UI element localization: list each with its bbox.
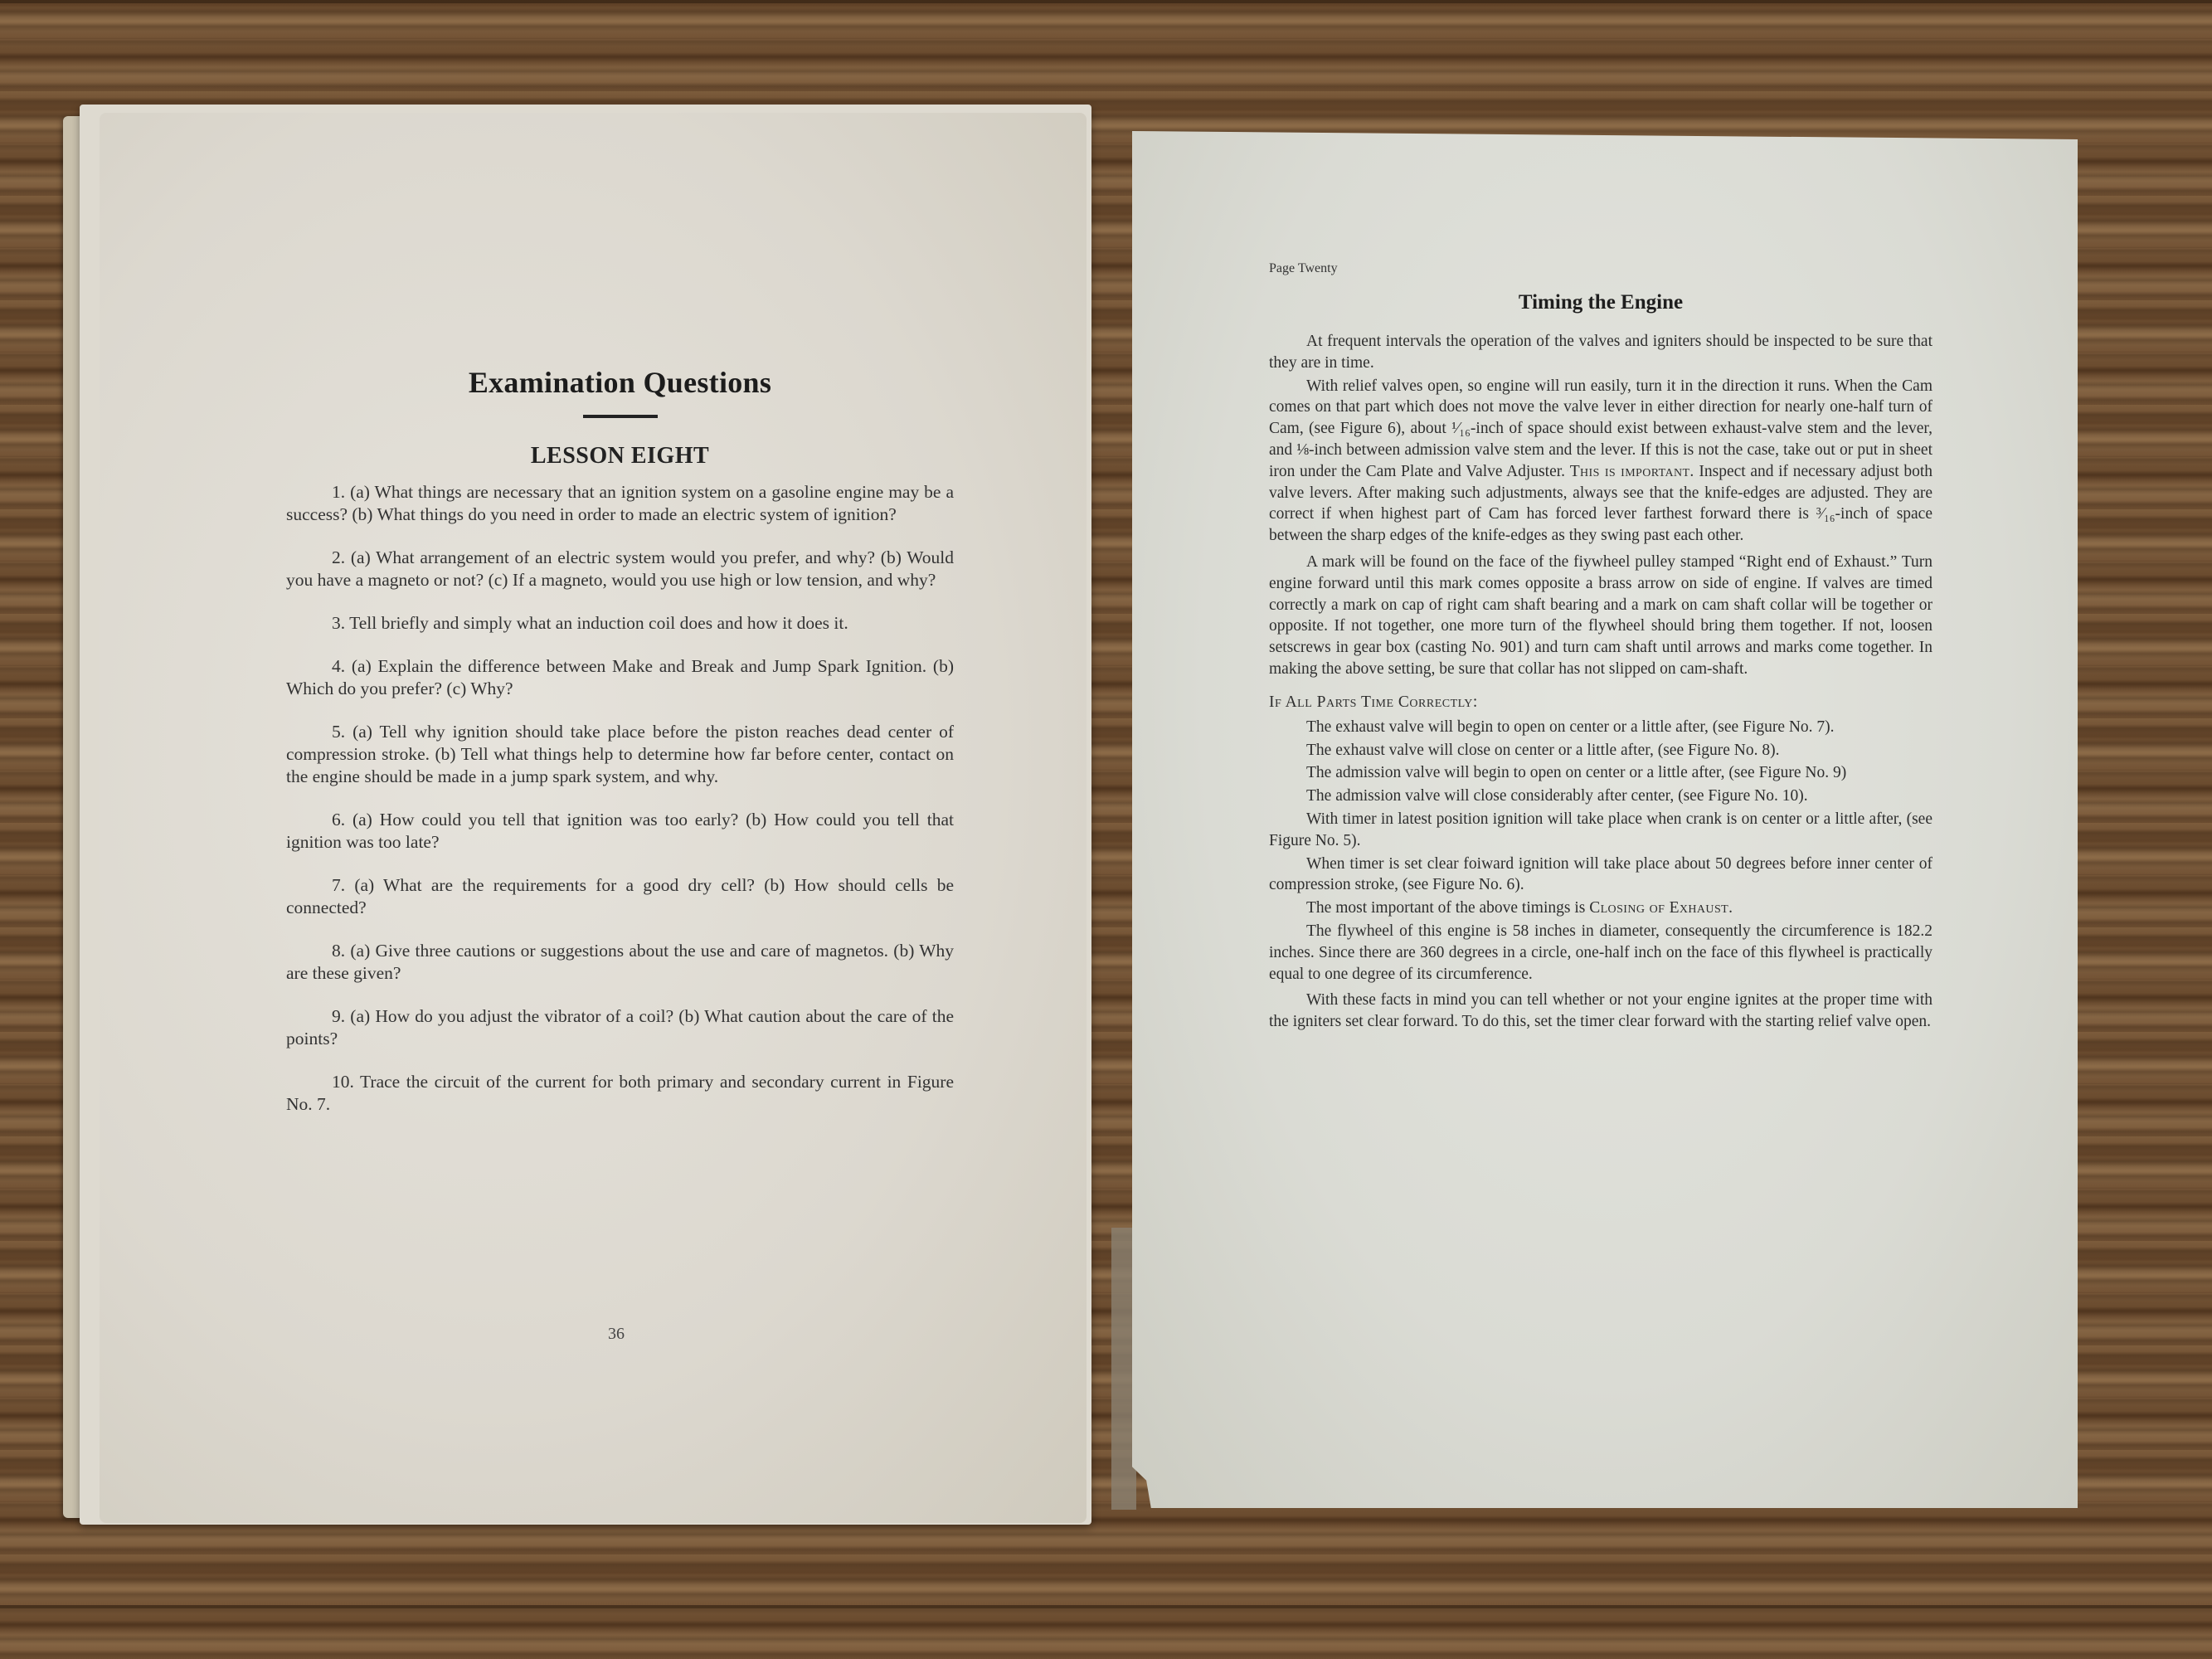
question-3: 3. Tell briefly and simply what an induc… <box>286 612 954 635</box>
question-7: 7. (a) What are the requirements for a g… <box>286 874 954 919</box>
section-title: Timing the Engine <box>1269 291 1932 314</box>
paragraph-relief-valves: With relief valves open, so engine will … <box>1269 376 1932 547</box>
question-10: 10. Trace the circuit of the current for… <box>286 1071 954 1116</box>
title-divider <box>583 415 658 418</box>
subheading-timing: If All Parts Time Correctly: <box>1269 692 1932 713</box>
question-1: 1. (a) What things are necessary that an… <box>286 481 954 526</box>
timing-item-1: The exhaust valve will begin to open on … <box>1269 717 1932 738</box>
page-number: 36 <box>608 1325 625 1344</box>
timing-item-4: The admission valve will close considera… <box>1269 786 1932 807</box>
running-head: Page Twenty <box>1269 261 1932 276</box>
lesson-heading: LESSON EIGHT <box>286 443 954 469</box>
wood-board-seam <box>0 0 2212 3</box>
timing-item-3: The admission valve will begin to open o… <box>1269 762 1932 784</box>
examination-questions-section: Examination Questions LESSON EIGHT 1. (a… <box>286 365 954 1136</box>
question-4: 4. (a) Explain the difference between Ma… <box>286 655 954 700</box>
question-9: 9. (a) How do you adjust the vibrator of… <box>286 1005 954 1050</box>
wood-board-seam <box>0 1605 2212 1608</box>
question-2: 2. (a) What arrangement of an electric s… <box>286 547 954 591</box>
timing-important: The most important of the above timings … <box>1269 898 1932 919</box>
question-8: 8. (a) Give three cautions or suggestion… <box>286 940 954 985</box>
timing-item-5: With timer in latest position ignition w… <box>1269 809 1932 852</box>
timing-the-engine-section: Page Twenty Timing the Engine At frequen… <box>1269 261 1932 1034</box>
important-note: This is important. <box>1570 463 1694 480</box>
paragraph-flywheel-mark: A mark will be found on the face of the … <box>1269 552 1932 680</box>
page-title: Examination Questions <box>286 365 954 400</box>
paragraph-closing: With these facts in mind you can tell wh… <box>1269 990 1932 1033</box>
important-value: Closing of Exhaust. <box>1589 899 1733 917</box>
timing-item-6: When timer is set clear foiward ignition… <box>1269 854 1932 897</box>
question-6: 6. (a) How could you tell that ignition … <box>286 809 954 854</box>
question-5: 5. (a) Tell why ignition should take pla… <box>286 721 954 788</box>
timing-item-2: The exhaust valve will close on center o… <box>1269 740 1932 761</box>
important-prefix: The most important of the above timings … <box>1306 899 1585 917</box>
paragraph-intro: At frequent intervals the operation of t… <box>1269 331 1932 374</box>
paragraph-flywheel-diameter: The flywheel of this engine is 58 inches… <box>1269 921 1932 985</box>
